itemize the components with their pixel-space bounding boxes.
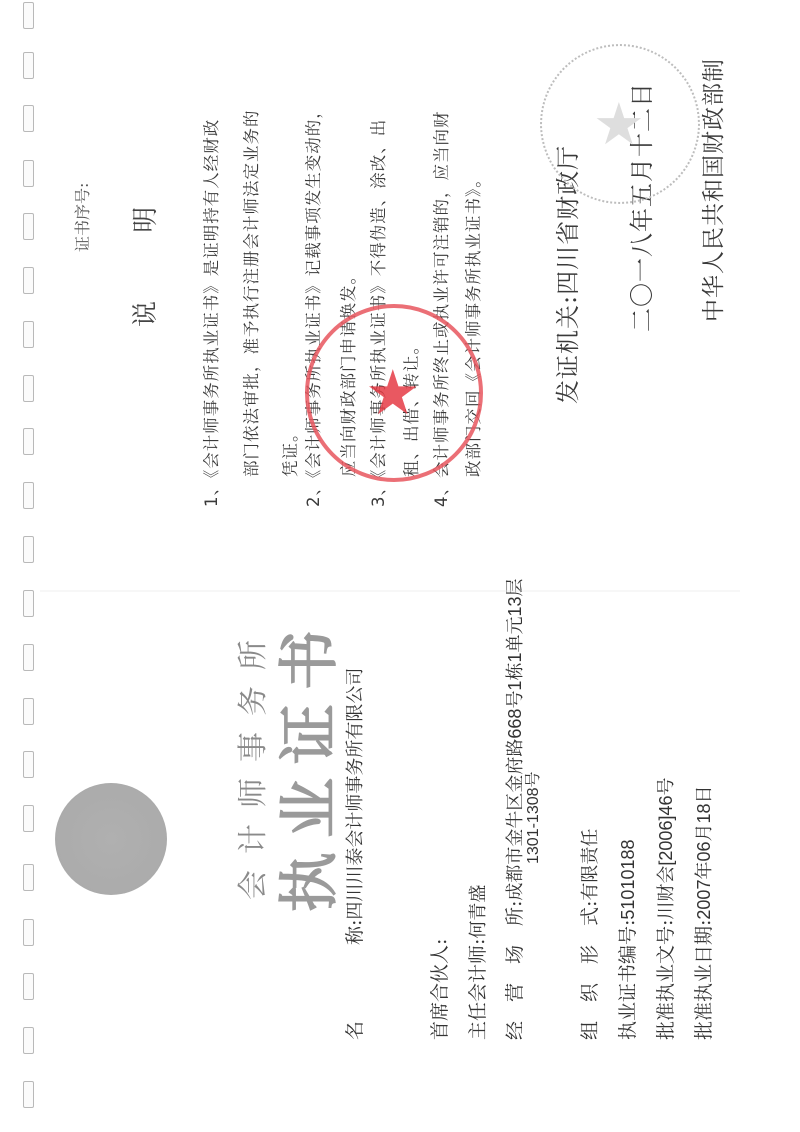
scan-fold-line: [40, 590, 740, 592]
note-item-1-line-3: 凭证。: [277, 425, 301, 478]
field-value: 2007年06月18日: [694, 786, 714, 920]
grey-official-seal: ★: [540, 44, 700, 204]
field-label: 主任会计师:: [467, 939, 489, 1040]
field-value: 何青盛: [468, 885, 488, 939]
note-item-1-line-1: 1、《会计师事务所执业证书》是证明持有人经财政: [198, 119, 222, 507]
field-label: 批准执业日期:: [693, 920, 715, 1040]
field-chief-accountant: 主任会计师:何青盛: [463, 885, 490, 1040]
national-emblem: [55, 783, 167, 895]
note-number: 4、: [432, 478, 451, 507]
field-address-line2: 1301-1308号: [520, 771, 543, 864]
red-official-seal: ★: [305, 304, 483, 482]
maker-text: 中华人民共和国财政部制: [695, 58, 728, 322]
serial-label: 证书序号:: [73, 183, 92, 252]
field-value: 有限责任: [580, 829, 600, 901]
field-value: 川财会[2006]46号: [656, 778, 676, 920]
field-value: 四川川泰会计师事务所有限公司: [345, 668, 365, 920]
note-text: 《会计师事务所执业证书》是证明持有人经财政: [202, 119, 221, 478]
instructions-title: 说 明: [125, 177, 162, 327]
field-org-form: 组 织 形 式:有限责任: [575, 829, 602, 1040]
note-item-2-line-1: 2、《会计师事务所执业证书》记载事项发生变动的，: [300, 101, 324, 507]
note-number: 1、: [202, 478, 221, 507]
field-value: 51010188: [618, 840, 638, 920]
field-label: 执业证书编号:: [617, 920, 639, 1040]
field-label: 组 织 形 式:: [579, 901, 601, 1040]
note-number: 3、: [369, 478, 388, 507]
serial-number: 证书序号:: [70, 183, 93, 252]
field-label: 首席合伙人:: [429, 939, 451, 1040]
issuer-label: 发证机关:: [554, 295, 582, 404]
star-icon: ★: [365, 362, 421, 424]
field-chief-partner: 首席合伙人:: [425, 939, 452, 1040]
field-approval-date: 批准执业日期:2007年06月18日: [689, 786, 716, 1041]
certificate-sheet: 会计师事务所 执业证书 名 称:四川川泰会计师事务所有限公司 首席合伙人: 主任…: [0, 0, 800, 1132]
note-number: 2、: [304, 478, 323, 507]
field-name: 名 称:四川川泰会计师事务所有限公司: [340, 668, 367, 1040]
field-label: 名 称:: [344, 920, 366, 1040]
field-label: 经 营 场 所:: [504, 901, 526, 1040]
note-item-1-line-2: 部门依法审批，准予执行注册会计师法定业务的: [238, 110, 262, 478]
field-license-number: 执业证书编号:51010188: [613, 840, 640, 1041]
star-icon: ★: [593, 95, 645, 153]
certificate-title: 执业证书: [262, 616, 348, 912]
field-label: 批准执业文号:: [655, 920, 677, 1040]
field-approval-doc: 批准执业文号:川财会[2006]46号: [651, 778, 678, 1040]
